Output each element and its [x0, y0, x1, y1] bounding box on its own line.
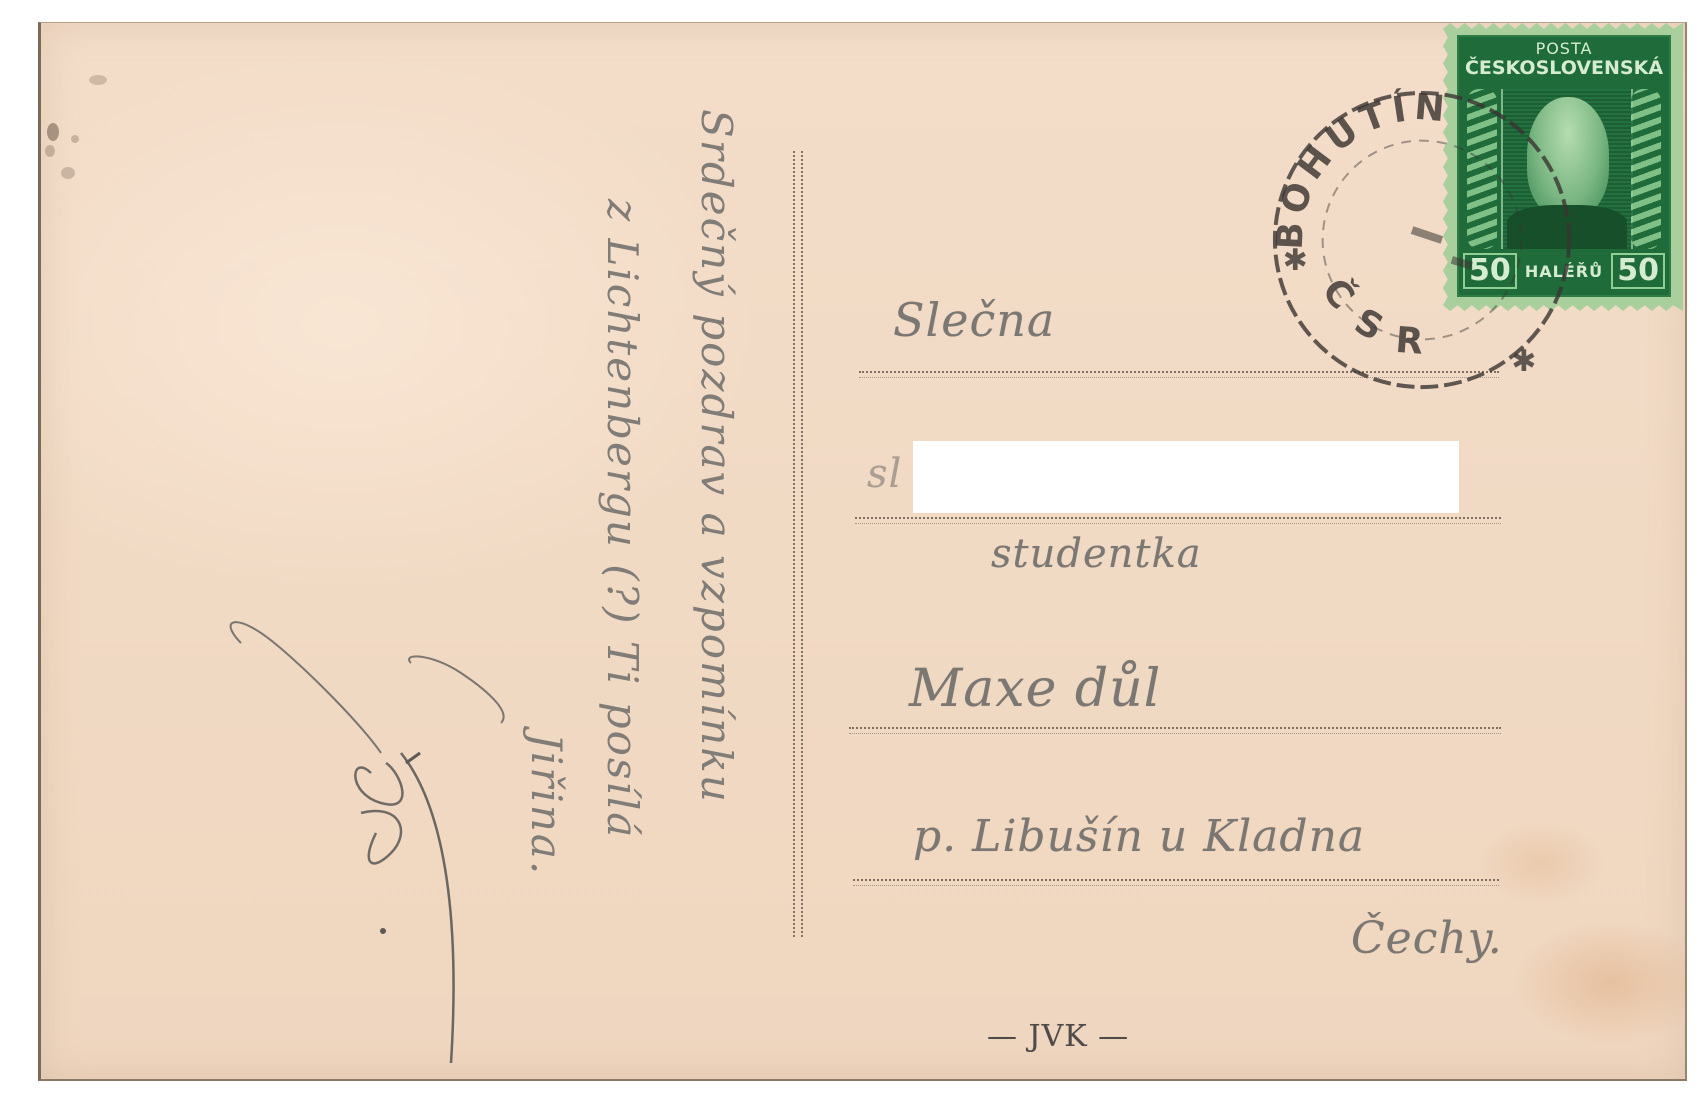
address-town: p. Libušín u Kladna	[913, 811, 1365, 862]
message-line-2: z Lichtenbergu (?) Ti posílá	[598, 199, 647, 839]
signature-loop	[401, 653, 521, 733]
address-name-fragment: sl	[867, 451, 902, 497]
address-street: Maxe důl	[909, 659, 1161, 719]
svg-text:BOHUTÍN: BOHUTÍN	[1270, 87, 1452, 251]
svg-text:✱: ✱	[1511, 344, 1536, 379]
stain	[71, 135, 79, 143]
stamp-currency: HALÉŘŮ	[1525, 262, 1603, 281]
stain	[61, 167, 75, 179]
stamp-posta: POSTA	[1459, 41, 1669, 57]
stain	[45, 145, 55, 157]
postcard-back: Slečna sl studentka Maxe důl p. Libušín …	[38, 22, 1687, 1081]
stamp-value-left: 50	[1463, 253, 1517, 289]
postmark-town: BOHUTÍN	[1270, 87, 1452, 251]
message-line-1: Srdečný pozdrav a vzpomínku	[692, 109, 741, 804]
postmark-country: ČSR	[1314, 270, 1447, 364]
laurel-right-icon	[1631, 89, 1661, 249]
portrait-head-icon	[1527, 97, 1609, 217]
stain	[89, 75, 107, 85]
address-occupation: studentka	[991, 531, 1202, 577]
address-line-1	[859, 371, 1499, 378]
address-line-3	[849, 727, 1501, 734]
stamp-portrait	[1501, 89, 1633, 249]
svg-text:ČSR: ČSR	[1314, 270, 1447, 364]
divider-line	[793, 151, 803, 937]
postage-stamp: POSTA ČESKOSLOVENSKÁ 50 HALÉŘŮ 50	[1443, 23, 1683, 311]
address-country: Čechy.	[1351, 913, 1503, 964]
stamp-header: POSTA ČESKOSLOVENSKÁ	[1459, 41, 1669, 78]
svg-text:✱: ✱	[1283, 243, 1308, 278]
archive-mark: — JVK —	[987, 1019, 1129, 1054]
stamp-value-row: 50 HALÉŘŮ 50	[1459, 251, 1669, 291]
message-signature-name: Jiřina.	[522, 733, 571, 876]
stain	[47, 123, 59, 141]
portrait-coat	[1507, 205, 1627, 249]
stamp-frame: POSTA ČESKOSLOVENSKÁ 50 HALÉŘŮ 50	[1457, 35, 1671, 297]
address-salutation: Slečna	[893, 293, 1055, 347]
stamp-country: ČESKOSLOVENSKÁ	[1459, 59, 1669, 78]
address-line-2	[855, 517, 1501, 524]
address-line-4	[853, 879, 1499, 886]
stamp-value-right: 50	[1611, 253, 1665, 289]
laurel-left-icon	[1467, 89, 1497, 249]
redacted-box	[913, 441, 1459, 513]
